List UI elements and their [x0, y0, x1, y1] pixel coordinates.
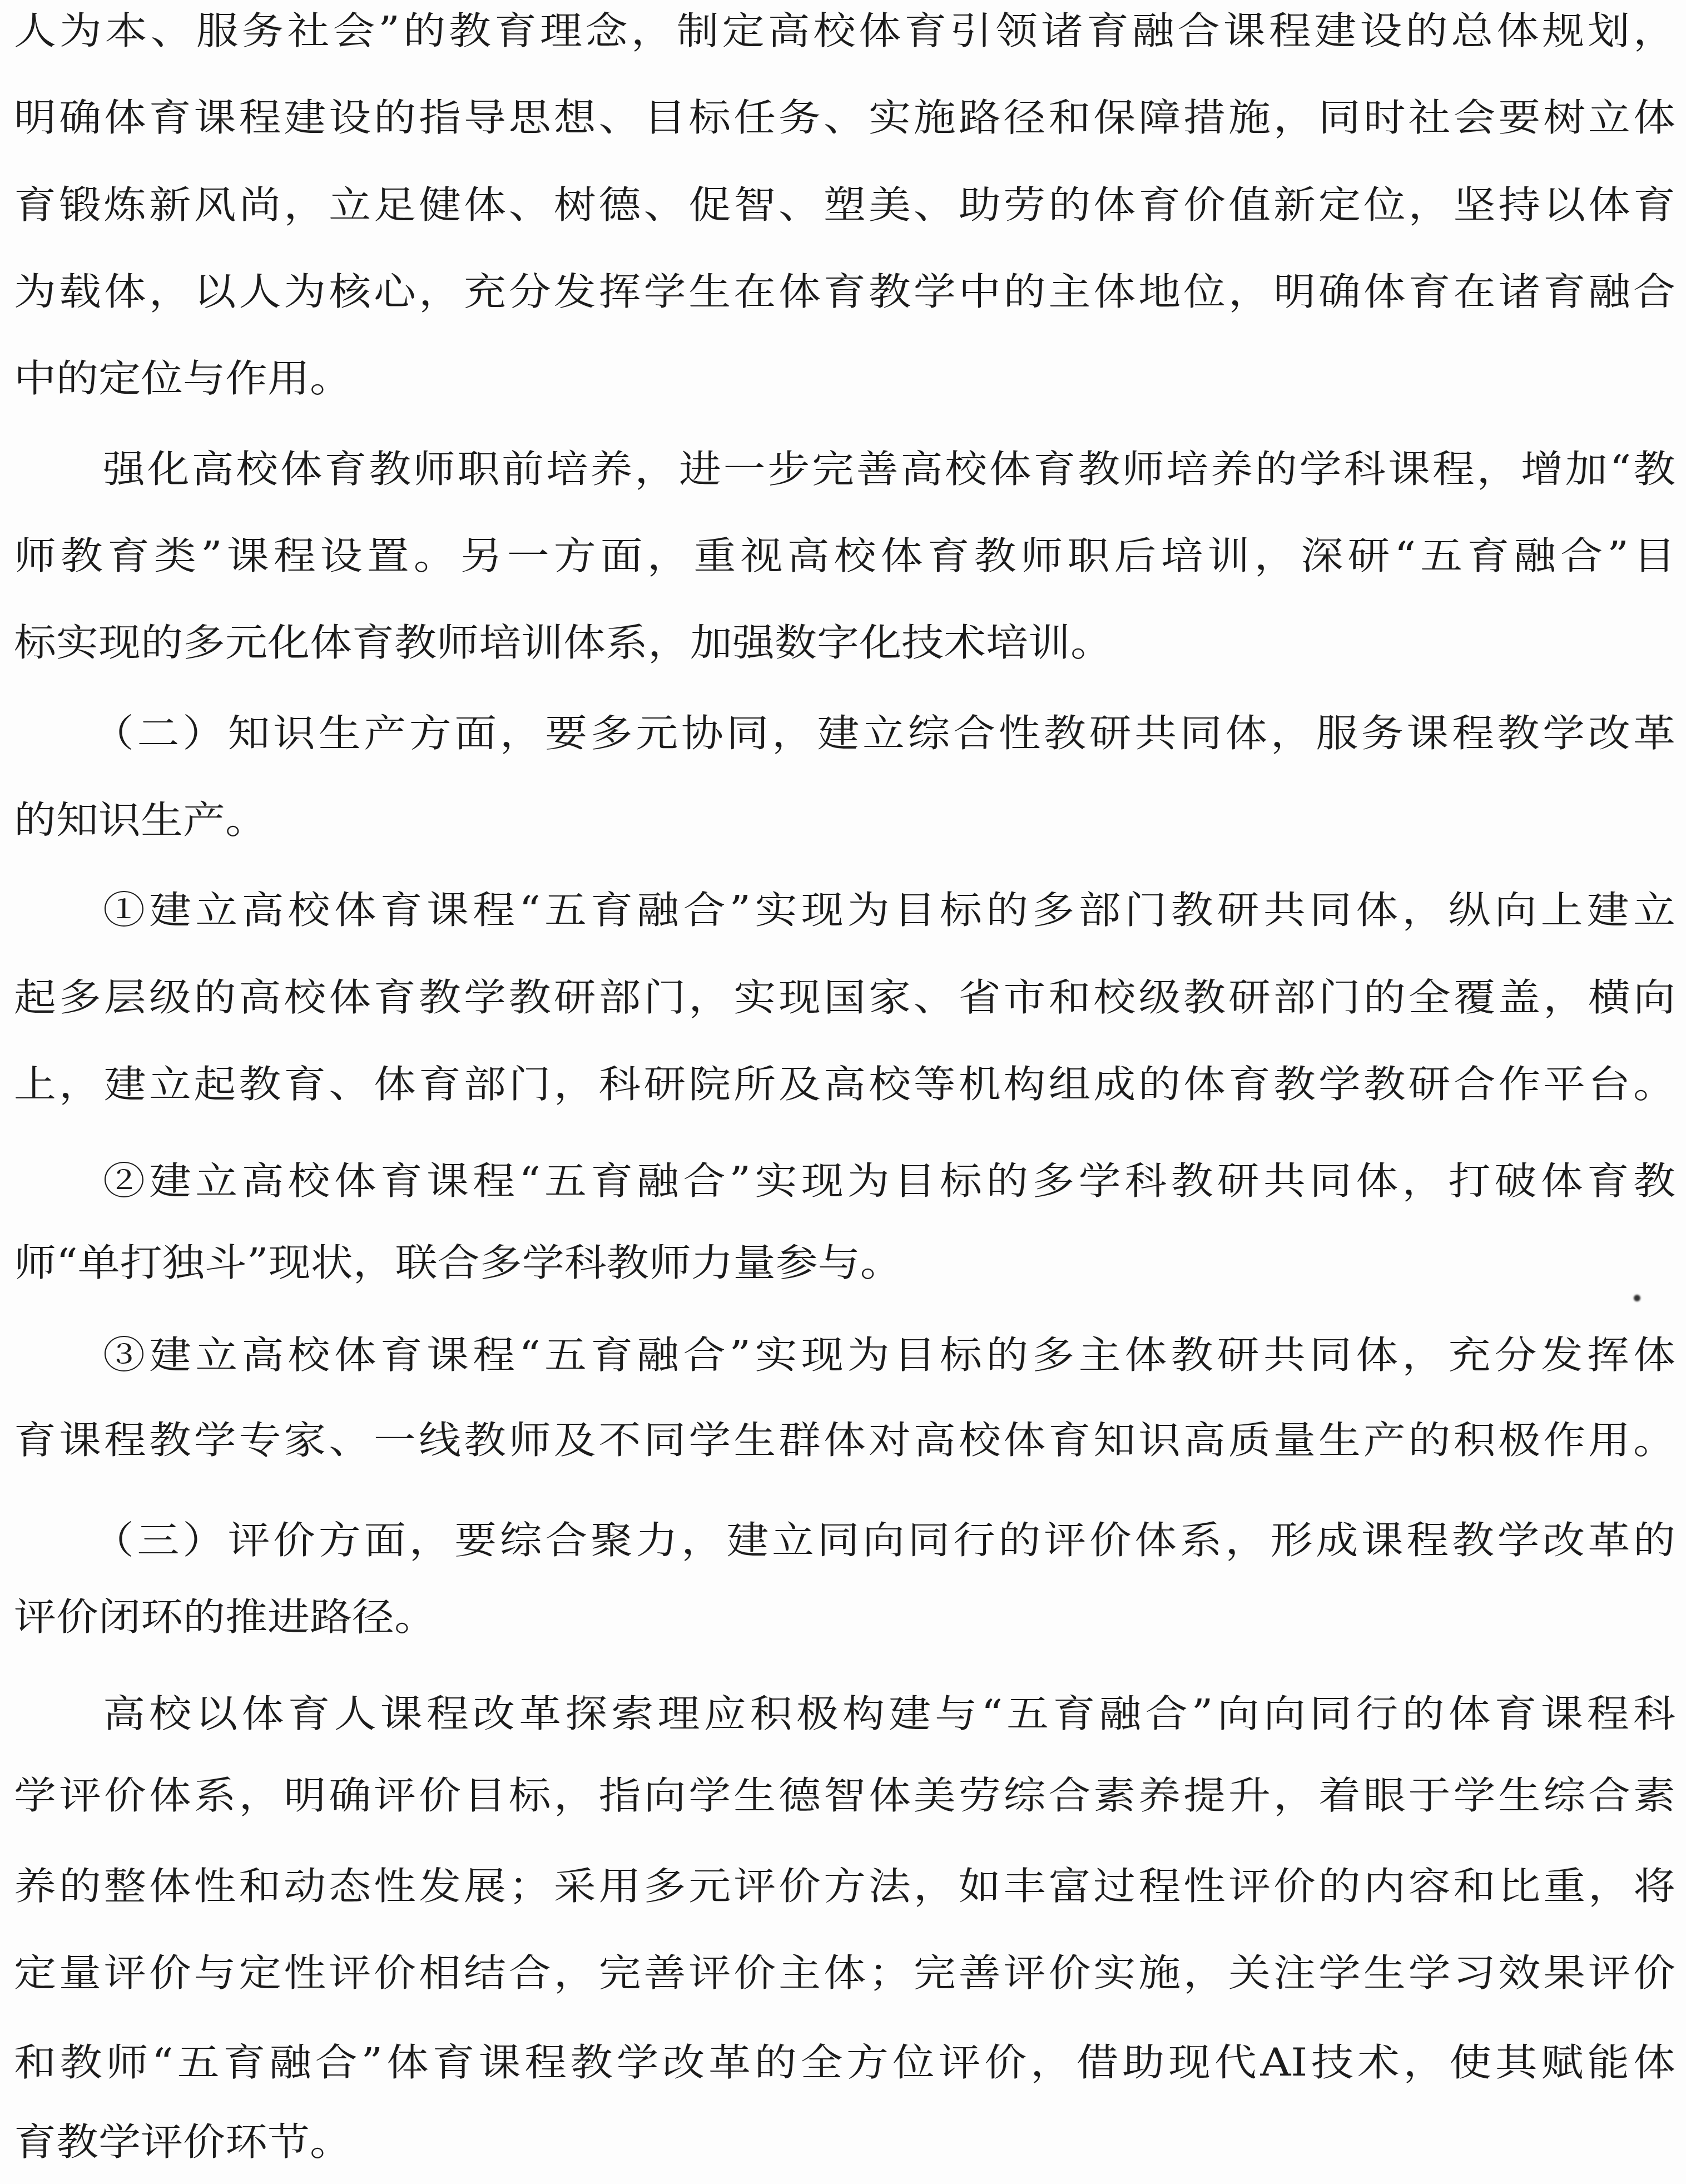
text-line: 育锻炼新风尚，立足健体、树德、促智、塑美、助劳的体育价值新定位，坚持以体育: [14, 183, 1675, 228]
text-line: 明确体育课程建设的指导思想、目标任务、实施路径和保障措施，同时社会要树立体: [14, 96, 1675, 141]
text-line: 强化高校体育教师职前培养，进一步完善高校体育教师培养的学科课程，增加“教: [103, 447, 1675, 492]
text-line: 学评价体系，明确评价目标，指向学生德智体美劳综合素养提升，着眼于学生综合素: [14, 1774, 1675, 1819]
list-item-2: ②建立高校体育课程“五育融合”实现为目标的多学科教研共同体，打破体育教: [103, 1159, 1675, 1204]
text-line: 评价闭环的推进路径。: [14, 1595, 1675, 1640]
text-line: 养的整体性和动态性发展；采用多元评价方法，如丰富过程性评价的内容和比重，将: [14, 1864, 1675, 1909]
text-line: 育课程教学专家、一线教师及不同学生群体对高校体育知识高质量生产的积极作用。: [14, 1418, 1675, 1463]
section-heading-2: （二）知识生产方面，要多元协同，建立综合性教研共同体，服务课程教学改革: [92, 711, 1675, 756]
text-line: 定量评价与定性评价相结合，完善评价主体；完善评价实施，关注学生学习效果评价: [14, 1951, 1675, 1996]
text-line: 师教育类”课程设置。另一方面，重视高校体育教师职后培训，深研“五育融合”目: [14, 534, 1675, 579]
text-line: 师“单打独斗”现状，联合多学科教师力量参与。: [14, 1241, 1675, 1286]
text-line: 为载体，以人为核心，充分发挥学生在体育教学中的主体地位，明确体育在诸育融合: [14, 270, 1675, 315]
text-line: 的知识生产。: [14, 798, 1675, 843]
list-item-1: ①建立高校体育课程“五育融合”实现为目标的多部门教研共同体，纵向上建立: [103, 888, 1675, 933]
document-page: 人为本、服务社会”的教育理念，制定高校体育引领诸育融合课程建设的总体规划， 明确…: [0, 0, 1686, 2184]
text-line: 上，建立起教育、体育部门，科研院所及高校等机构组成的体育教学教研合作平台。: [14, 1062, 1675, 1107]
text-line: 育教学评价环节。: [14, 2120, 1675, 2165]
text-line: 人为本、服务社会”的教育理念，制定高校体育引领诸育融合课程建设的总体规划，: [14, 9, 1675, 54]
scan-speck: [1634, 1295, 1640, 1301]
list-item-3: ③建立高校体育课程“五育融合”实现为目标的多主体教研共同体，充分发挥体: [103, 1333, 1675, 1378]
section-heading-3: （三）评价方面，要综合聚力，建立同向同行的评价体系，形成课程教学改革的: [92, 1518, 1675, 1563]
text-line: 起多层级的高校体育教学教研部门，实现国家、省市和校级教研部门的全覆盖，横向: [14, 975, 1675, 1021]
text-line: 和教师“五育融合”体育课程教学改革的全方位评价，借助现代AI技术，使其赋能体: [14, 2041, 1675, 2086]
text-line: 中的定位与作用。: [14, 356, 1675, 402]
text-line: 标实现的多元化体育教师培训体系，加强数字化技术培训。: [14, 621, 1675, 666]
text-line: 高校以体育人课程改革探索理应积极构建与“五育融合”向向同行的体育课程科: [103, 1692, 1675, 1737]
